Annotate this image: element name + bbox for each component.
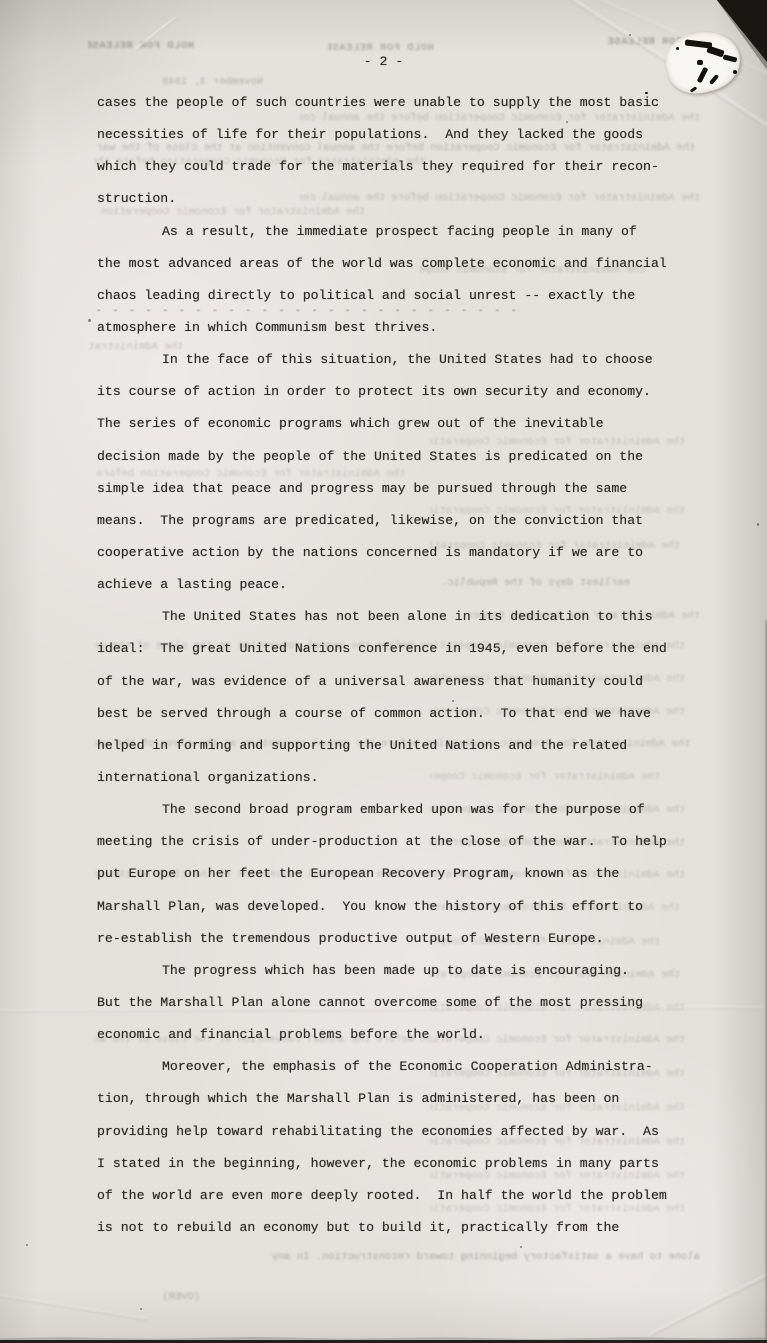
text-line: Moreover, the emphasis of the Economic C… (97, 1051, 697, 1083)
text-line: cooperative action by the nations concer… (97, 537, 697, 569)
text-line: providing help toward rehabilitating the… (97, 1116, 697, 1148)
text-line: I stated in the beginning, however, the … (97, 1148, 697, 1180)
text-line: of the war, was evidence of a universal … (97, 666, 697, 698)
text-line: ideal: The great United Nations conferen… (97, 633, 697, 665)
paper-speck (566, 121, 568, 123)
text-line: Marshall Plan, was developed. You know t… (97, 891, 697, 923)
bleedthrough-text: alone to have a satisfactory beginning t… (115, 1251, 700, 1264)
text-line: But the Marshall Plan alone cannot overc… (97, 987, 697, 1019)
text-line: meeting the crisis of under-production a… (97, 826, 697, 858)
text-line: means. The programs are predicated, like… (97, 505, 697, 537)
text-line: is not to rebuild an economy but to buil… (97, 1212, 697, 1244)
text-line: put Europe on her feet the European Reco… (97, 858, 697, 890)
text-line: best be served through a course of commo… (97, 698, 697, 730)
paper-speck (26, 1244, 28, 1246)
paper-speck (757, 523, 759, 526)
text-line: The series of economic programs which gr… (97, 408, 697, 440)
paper-speck (520, 1246, 522, 1248)
text-line: As a result, the immediate prospect faci… (97, 216, 697, 248)
text-line: atmosphere in which Communism best thriv… (97, 312, 697, 344)
text-line: helped in forming and supporting the Uni… (97, 730, 697, 762)
text-line: economic and financial problems before t… (97, 1019, 697, 1051)
text-line: decision made by the people of the Unite… (97, 441, 697, 473)
paper-crease (0, 1292, 149, 1322)
bleedthrough-text: HOLD FOR RELEASE (88, 40, 194, 53)
text-line: The United States has not been alone in … (97, 601, 697, 633)
text-line: struction. (97, 183, 697, 215)
text-line: international organizations. (97, 762, 697, 794)
text-line: chaos leading directly to political and … (97, 280, 697, 312)
document-body: cases the people of such countries were … (97, 87, 697, 1244)
paper-crease (649, 1247, 767, 1337)
text-line: its course of action in order to protect… (97, 376, 697, 408)
text-line: necessities of life for their population… (97, 119, 697, 151)
text-line: re-establish the tremendous productive o… (97, 923, 697, 955)
text-line: The progress which has been made up to d… (97, 955, 697, 987)
bleedthrough-text: (OVER) (148, 1291, 200, 1304)
paper-speck (629, 34, 631, 36)
page-number: - 2 - (0, 54, 767, 69)
paper-crease (135, 16, 178, 50)
text-line: the most advanced areas of the world was… (97, 248, 697, 280)
text-line: simple idea that peace and progress may … (97, 473, 697, 505)
text-line: of the world are even more deeply rooted… (97, 1180, 697, 1212)
text-line: which they could trade for the materials… (97, 151, 697, 183)
text-line: The second broad program embarked upon w… (97, 794, 697, 826)
text-line: tion, through which the Marshall Plan is… (97, 1083, 697, 1115)
text-line: cases the people of such countries were … (97, 87, 697, 119)
paper-speck (88, 319, 91, 322)
paper-speck (452, 700, 454, 702)
text-line: In the face of this situation, the Unite… (97, 344, 697, 376)
paper-speck (140, 1308, 142, 1310)
text-line: achieve a lasting peace. (97, 569, 697, 601)
scanned-page: HOLD FOR RELEASEHOLD FOR RELEASEHOLD FOR… (0, 0, 767, 1343)
